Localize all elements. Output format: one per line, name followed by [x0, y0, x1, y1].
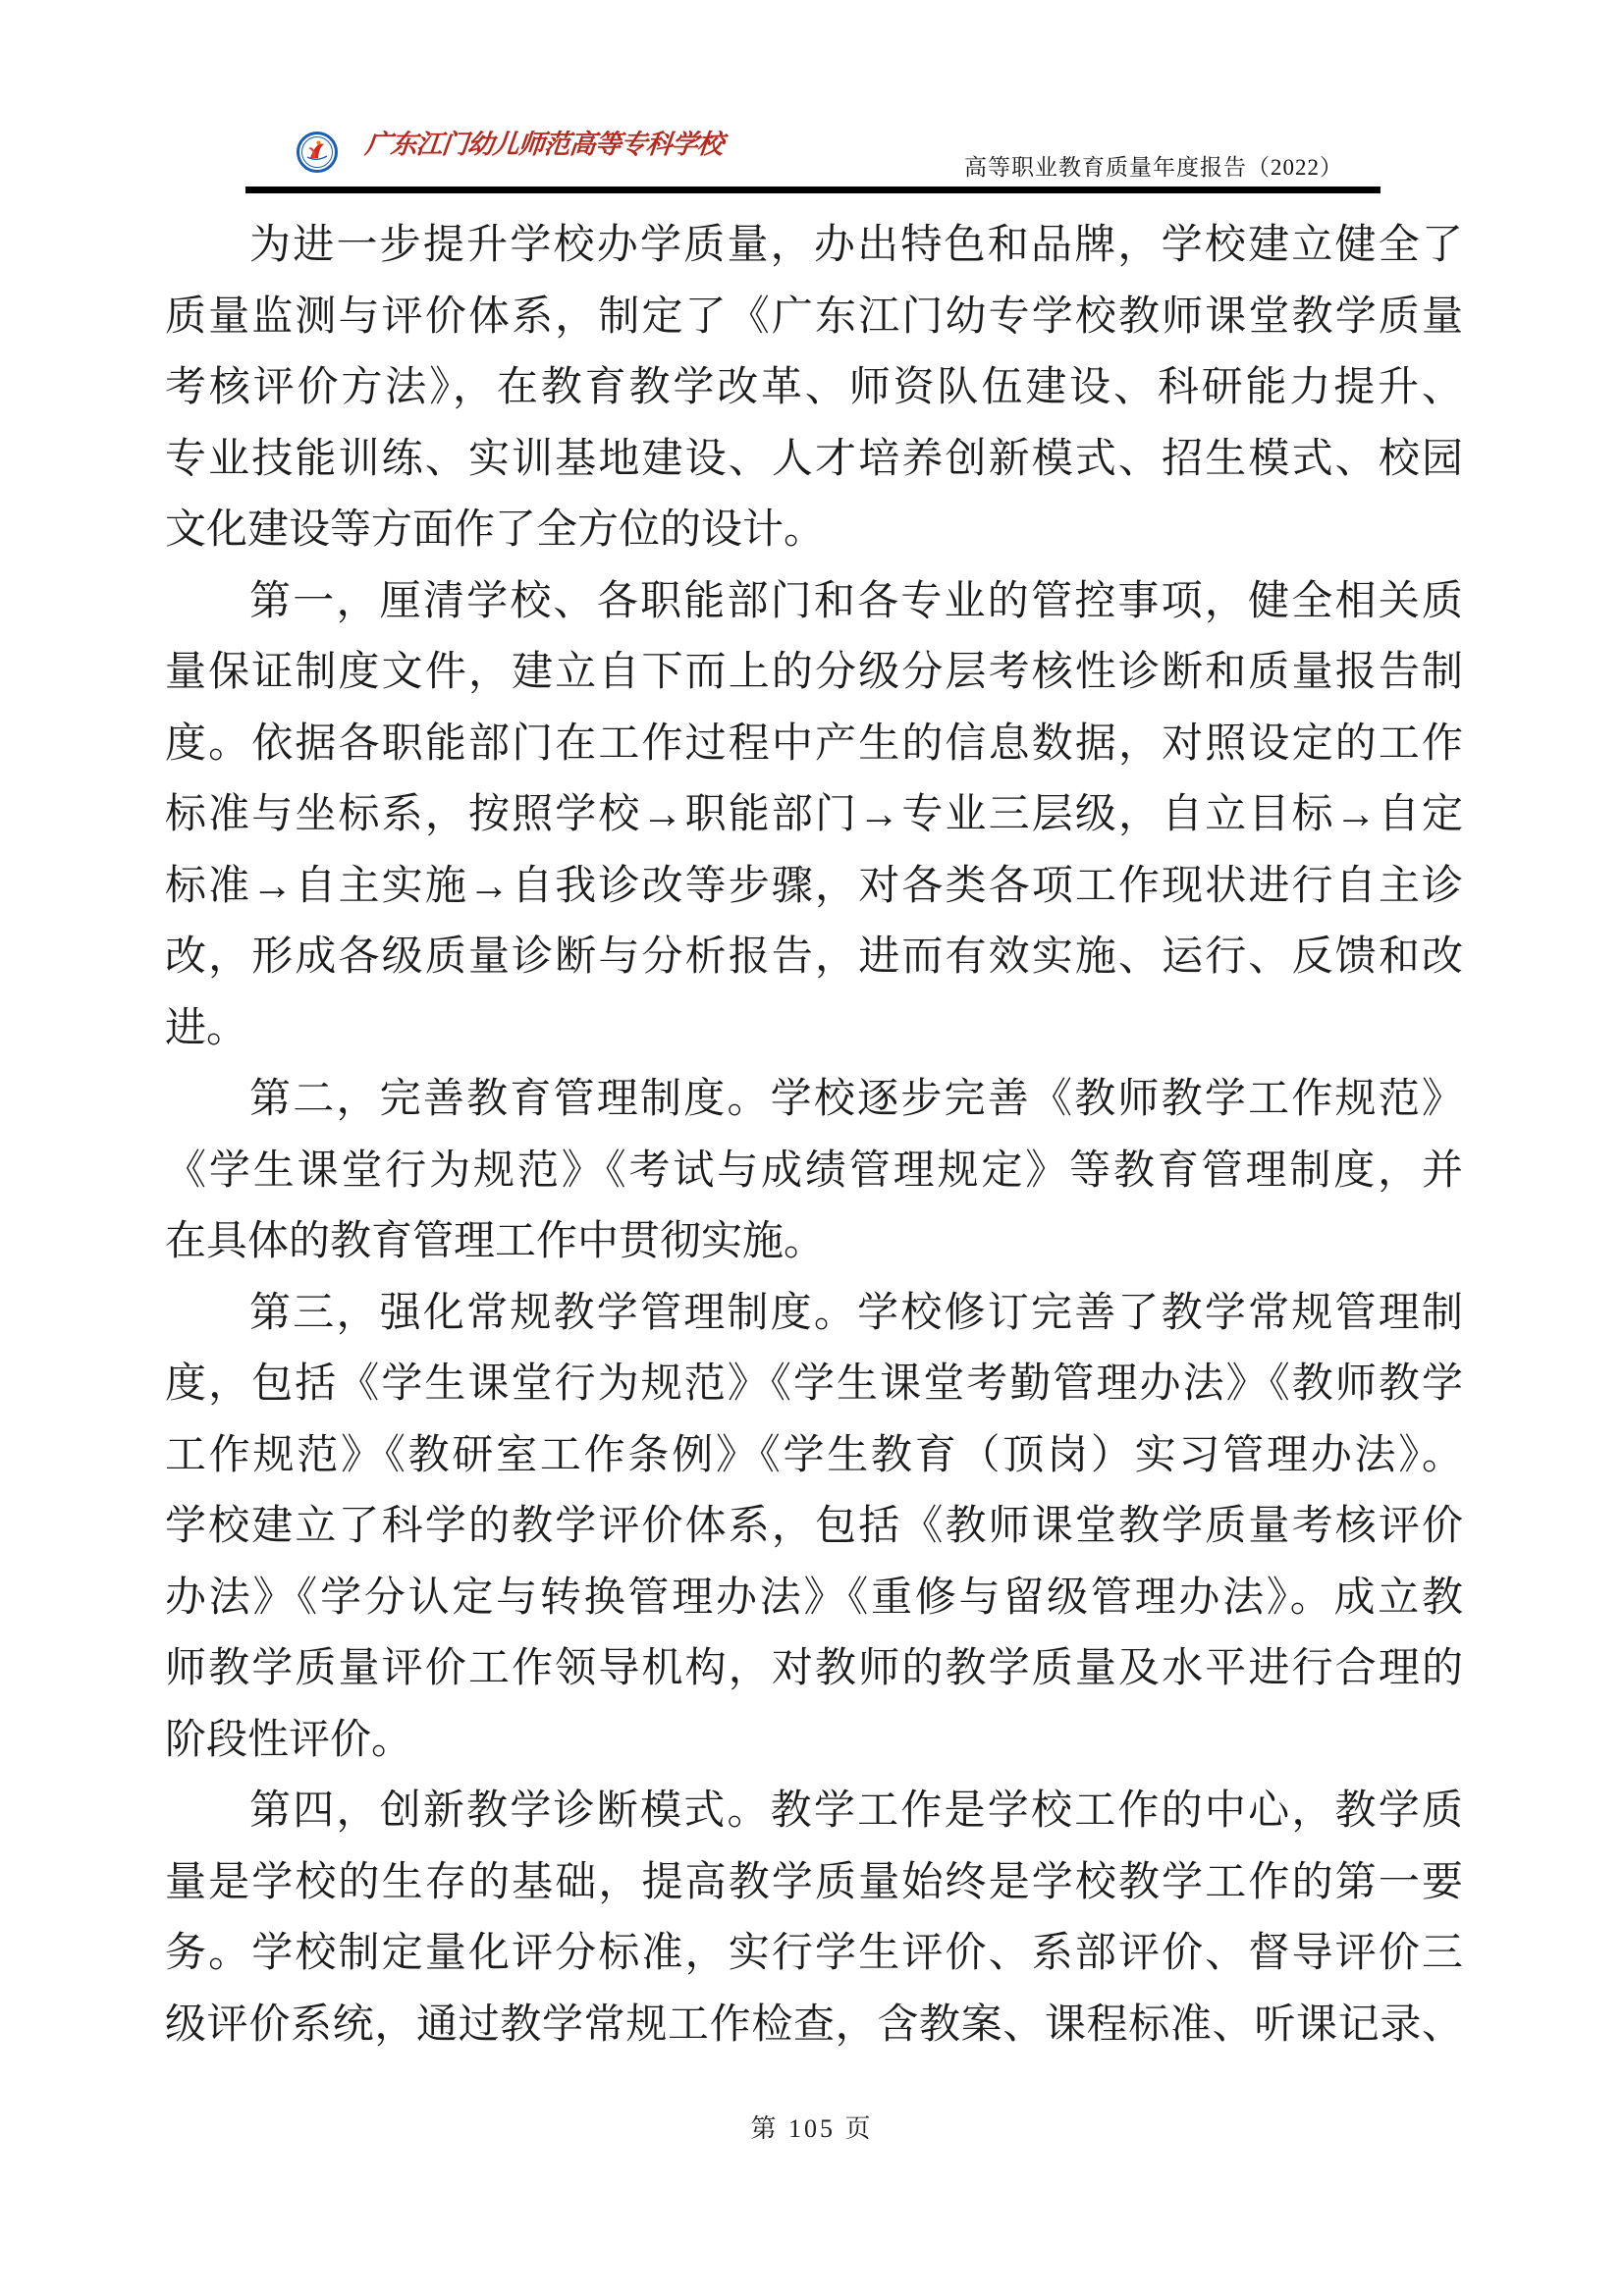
body-line: 《学生课堂行为规范》《考试与成绩管理规定》等教育管理制度，并 [165, 1136, 1463, 1207]
body-line: 质量监测与评价体系，制定了《广东江门幼专学校教师课堂教学质量 [165, 282, 1463, 353]
body-line: 阶段性评价。 [165, 1705, 1463, 1777]
body-line: 进。 [165, 993, 1463, 1065]
body-line: 第四，创新教学诊断模式。教学工作是学校工作的中心，教学质 [165, 1776, 1463, 1847]
body-line: 考核评价方法》，在教育教学改革、师资队伍建设、科研能力提升、 [165, 352, 1463, 424]
body-line: 标准→自主实施→自我诊改等步骤，对各类各项工作现状进行自主诊 [165, 851, 1463, 923]
body-line: 级评价系统，通过教学常规工作检查，含教案、课程标准、听课记录、 [165, 1990, 1463, 2061]
paragraph: 第四，创新教学诊断模式。教学工作是学校工作的中心，教学质 量是学校的生存的基础，… [165, 1776, 1463, 2060]
page-footer: 第 105 页 [0, 2109, 1624, 2145]
body-line: 为进一步提升学校办学质量，办出特色和品牌，学校建立健全了 [165, 210, 1463, 282]
body-line: 师教学质量评价工作领导机构，对教师的教学质量及水平进行合理的 [165, 1633, 1463, 1705]
school-name-calligraphy: 广东江门幼儿师范高等专科学校 [362, 120, 721, 169]
report-title: 高等职业教育质量年度报告（2022） [964, 154, 1343, 182]
body-line: 改，形成各级质量诊断与分析报告，进而有效实施、运行、反馈和改 [165, 922, 1463, 993]
document-page: 广东江门幼儿师范高等专科学校 高等职业教育质量年度报告（2022） 为进一步提升… [0, 0, 1624, 2296]
body-line: 工作规范》《教研室工作条例》《学生教育（顶岗）实习管理办法》。 [165, 1420, 1463, 1492]
body-text: 为进一步提升学校办学质量，办出特色和品牌，学校建立健全了 质量监测与评价体系，制… [165, 210, 1463, 2060]
paragraph: 为进一步提升学校办学质量，办出特色和品牌，学校建立健全了 质量监测与评价体系，制… [165, 210, 1463, 566]
body-line: 第二，完善教育管理制度。学校逐步完善《教师教学工作规范》 [165, 1064, 1463, 1136]
body-line: 文化建设等方面作了全方位的设计。 [165, 495, 1463, 566]
page-number: 第 105 页 [750, 2114, 873, 2143]
school-emblem-icon [297, 132, 338, 173]
body-line: 量保证制度文件，建立自下而上的分级分层考核性诊断和质量报告制 [165, 637, 1463, 709]
body-line: 第三，强化常规教学管理制度。学校修订完善了教学常规管理制 [165, 1278, 1463, 1350]
body-line: 度。依据各职能部门在工作过程中产生的信息数据，对照设定的工作 [165, 709, 1463, 780]
body-line: 第一，厘清学校、各职能部门和各专业的管控事项，健全相关质 [165, 566, 1463, 638]
paragraph: 第二，完善教育管理制度。学校逐步完善《教师教学工作规范》 《学生课堂行为规范》《… [165, 1064, 1463, 1278]
header-rule [245, 187, 1380, 193]
body-line: 专业技能训练、实训基地建设、人才培养创新模式、招生模式、校园 [165, 424, 1463, 496]
body-line: 度，包括《学生课堂行为规范》《学生课堂考勤管理办法》《教师教学 [165, 1349, 1463, 1420]
paragraph: 第三，强化常规教学管理制度。学校修订完善了教学常规管理制 度，包括《学生课堂行为… [165, 1278, 1463, 1777]
paragraph: 第一，厘清学校、各职能部门和各专业的管控事项，健全相关质 量保证制度文件，建立自… [165, 566, 1463, 1065]
body-line: 标准与坐标系，按照学校→职能部门→专业三层级，自立目标→自定 [165, 779, 1463, 851]
body-line: 学校建立了科学的教学评价体系，包括《教师课堂教学质量考核评价 [165, 1491, 1463, 1563]
body-line: 在具体的教育管理工作中贯彻实施。 [165, 1206, 1463, 1278]
body-line: 办法》《学分认定与转换管理办法》《重修与留级管理办法》。成立教 [165, 1563, 1463, 1634]
body-line: 量是学校的生存的基础，提高教学质量始终是学校教学工作的第一要 [165, 1847, 1463, 1919]
body-line: 务。学校制定量化评分标准，实行学生评价、系部评价、督导评价三 [165, 1918, 1463, 1990]
